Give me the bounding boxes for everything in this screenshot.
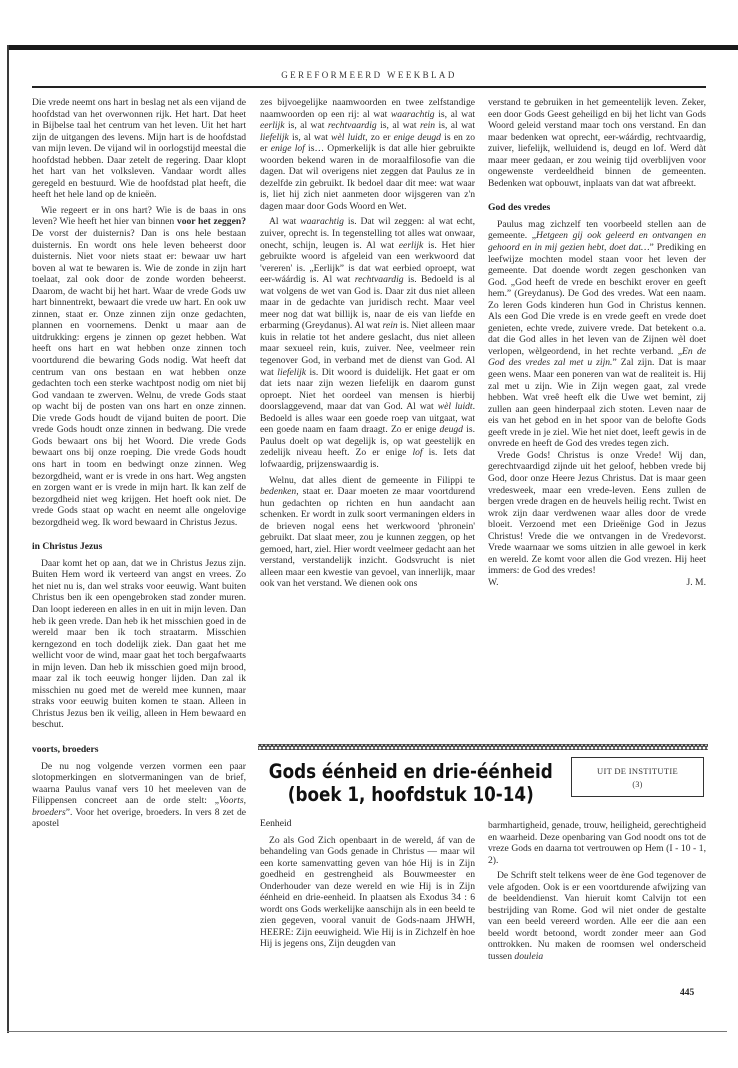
- article2-column-1: Eenheid Zo als God Zich openbaart in de …: [260, 818, 475, 950]
- paragraph: Welnu, dat alles dient de gemeente in Fi…: [260, 475, 475, 590]
- subheading: voorts, broeders: [32, 744, 246, 756]
- wavy-separator: [258, 744, 708, 750]
- page-number: 445: [680, 988, 694, 998]
- paragraph: De nu nog volgende verzen vormen een paa…: [32, 761, 246, 830]
- paragraph: De Schrift stelt telkens weer de ène God…: [488, 870, 706, 962]
- subheading: Eenheid: [260, 818, 475, 830]
- series-number: (3): [572, 780, 703, 789]
- paragraph: zes bijvoegelijke naamwoorden en twee ze…: [260, 97, 475, 212]
- page-left-edge: [7, 45, 9, 1033]
- signature: W. J. M.: [488, 577, 706, 589]
- signature-place: W.: [488, 577, 499, 589]
- article1-column-2: zes bijvoegelijke naamwoorden en twee ze…: [260, 97, 475, 590]
- page-top-bar: [8, 45, 738, 50]
- paragraph: Die vrede neemt ons hart in beslag net a…: [32, 97, 246, 201]
- subheading: in Christus Jezus: [32, 541, 246, 553]
- subheading: God des vredes: [488, 202, 706, 214]
- article1-column-3: verstand te gebruiken in het gemeentelij…: [488, 97, 706, 588]
- paragraph: Vrede Gods! Christus is onze Vrede! Wij …: [488, 450, 706, 577]
- paragraph: Daar komt het op aan, dat we in Christus…: [32, 558, 246, 731]
- paragraph: barmhartigheid, genade, trouw, heilighei…: [488, 820, 706, 866]
- running-head: GEREFORMEERD WEEKBLAD: [32, 70, 706, 80]
- series-box: UIT DE INSTITUTIE (3): [571, 757, 704, 797]
- page-bottom-edge: [7, 1031, 727, 1032]
- paragraph: verstand te gebruiken in het gemeentelij…: [488, 97, 706, 189]
- article-title: Gods éénheid en drie-éénheid (boek 1, ho…: [262, 760, 560, 806]
- signature-author: J. M.: [687, 577, 706, 589]
- paragraph: Zo als God Zich openbaart in de wereld, …: [260, 835, 475, 950]
- paragraph: Wie regeert er in ons hart? Wie is de ba…: [32, 205, 246, 528]
- article2-column-2: barmhartigheid, genade, trouw, heilighei…: [488, 820, 706, 963]
- series-label: UIT DE INSTITUTIE: [597, 766, 678, 776]
- header-rule: [32, 86, 706, 88]
- paragraph: Al wat waarachtig is. Dat wil zeggen: al…: [260, 216, 475, 470]
- paragraph: Paulus mag zichzelf ten voorbeeld stelle…: [488, 219, 706, 450]
- article1-column-1: Die vrede neemt ons hart in beslag net a…: [32, 97, 246, 830]
